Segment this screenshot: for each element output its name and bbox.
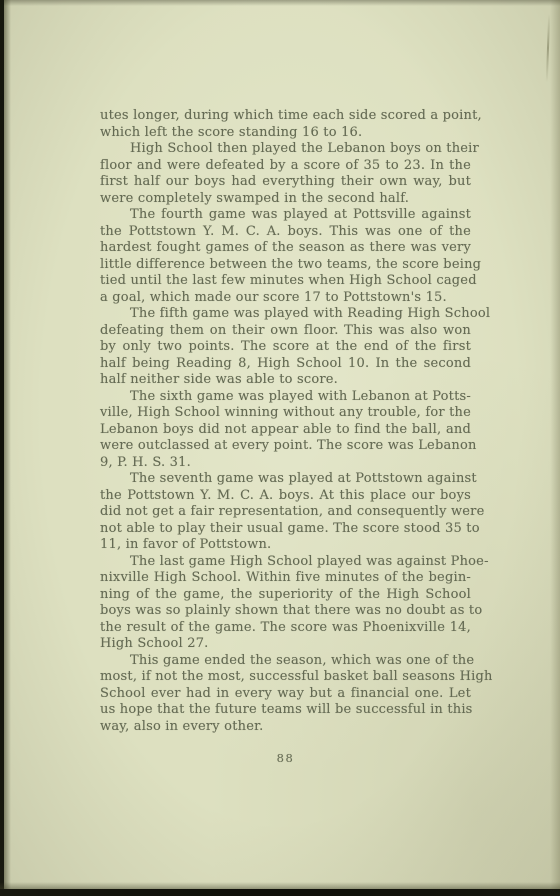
paragraph: The last game High School played was aga…: [100, 554, 471, 653]
text-line: The fourth game was played at Pottsville…: [100, 207, 471, 224]
text-line: The sixth game was played with Lebanon a…: [100, 389, 471, 406]
text-line: defeating them on their own floor. This …: [100, 323, 471, 340]
text-line: This game ended the season, which was on…: [100, 653, 471, 670]
text-line: 9, P. H. S. 31.: [100, 455, 471, 472]
text-line: Lebanon boys did not appear able to find…: [100, 422, 471, 439]
text-line: were completely swamped in the second ha…: [100, 191, 471, 208]
paragraph: The seventh game was played at Pottstown…: [100, 471, 471, 554]
text-line: a goal, which made our score 17 to Potts…: [100, 290, 471, 307]
text-line: The fifth game was played with Reading H…: [100, 306, 471, 323]
text-line: tied until the last few minutes when Hig…: [100, 273, 471, 290]
text-line: were outclassed at every point. The scor…: [100, 438, 471, 455]
paragraph: High School then played the Lebanon boys…: [100, 141, 471, 207]
paragraph: The fifth game was played with Reading H…: [100, 306, 471, 389]
text-line: the Pottstown Y. M. C. A. boys. This was…: [100, 224, 471, 241]
scan-edge-right: [550, 0, 560, 896]
text-line: us hope that the future teams will be su…: [100, 702, 471, 719]
text-line: The last game High School played was aga…: [100, 554, 471, 571]
text-line: the Pottstown Y. M. C. A. boys. At this …: [100, 488, 471, 505]
paragraph: This game ended the season, which was on…: [100, 653, 471, 736]
text-line: half being Reading 8, High School 10. In…: [100, 356, 471, 373]
text-line: High School 27.: [100, 636, 471, 653]
text-line: ville, High School winning without any t…: [100, 405, 471, 422]
scan-edge-top: [0, 0, 560, 6]
scanned-book-page: utes longer, during which time each side…: [0, 0, 560, 896]
text-line: most, if not the most, successful basket…: [100, 669, 471, 686]
text-line: which left the score standing 16 to 16.: [100, 125, 471, 142]
text-line: the result of the game. The score was Ph…: [100, 620, 471, 637]
text-line: not able to play their usual game. The s…: [100, 521, 471, 538]
page-number: 88: [100, 751, 471, 765]
text-line: by only two points. The score at the end…: [100, 339, 471, 356]
text-line: hardest fought games of the season as th…: [100, 240, 471, 257]
text-line: School ever had in every way but a finan…: [100, 686, 471, 703]
scan-edge-bottom-shadow: [0, 882, 560, 889]
text-line: The seventh game was played at Pottstown…: [100, 471, 471, 488]
text-line: first half our boys had everything their…: [100, 174, 471, 191]
paragraph: The sixth game was played with Lebanon a…: [100, 389, 471, 472]
text-line: boys was so plainly shown that there was…: [100, 603, 471, 620]
text-line: did not get a fair representation, and c…: [100, 504, 471, 521]
scan-edge-left: [0, 0, 4, 896]
text-line: floor and were defeated by a score of 35…: [100, 158, 471, 175]
text-line: nixville High School. Within five minute…: [100, 570, 471, 587]
scan-edge-bottom: [0, 889, 560, 896]
paragraph: utes longer, during which time each side…: [100, 108, 471, 141]
paragraph: The fourth game was played at Pottsville…: [100, 207, 471, 306]
text-line: half neither side was able to score.: [100, 372, 471, 389]
page-text: utes longer, during which time each side…: [100, 108, 471, 735]
text-line: 11, in favor of Pottstown.: [100, 537, 471, 554]
text-line: little difference between the two teams,…: [100, 257, 471, 274]
scan-edge-left-shadow: [4, 0, 11, 896]
text-line: ning of the game, the superiority of the…: [100, 587, 471, 604]
text-line: High School then played the Lebanon boys…: [100, 141, 471, 158]
text-line: way, also in every other.: [100, 719, 471, 736]
text-line: utes longer, during which time each side…: [100, 108, 471, 125]
